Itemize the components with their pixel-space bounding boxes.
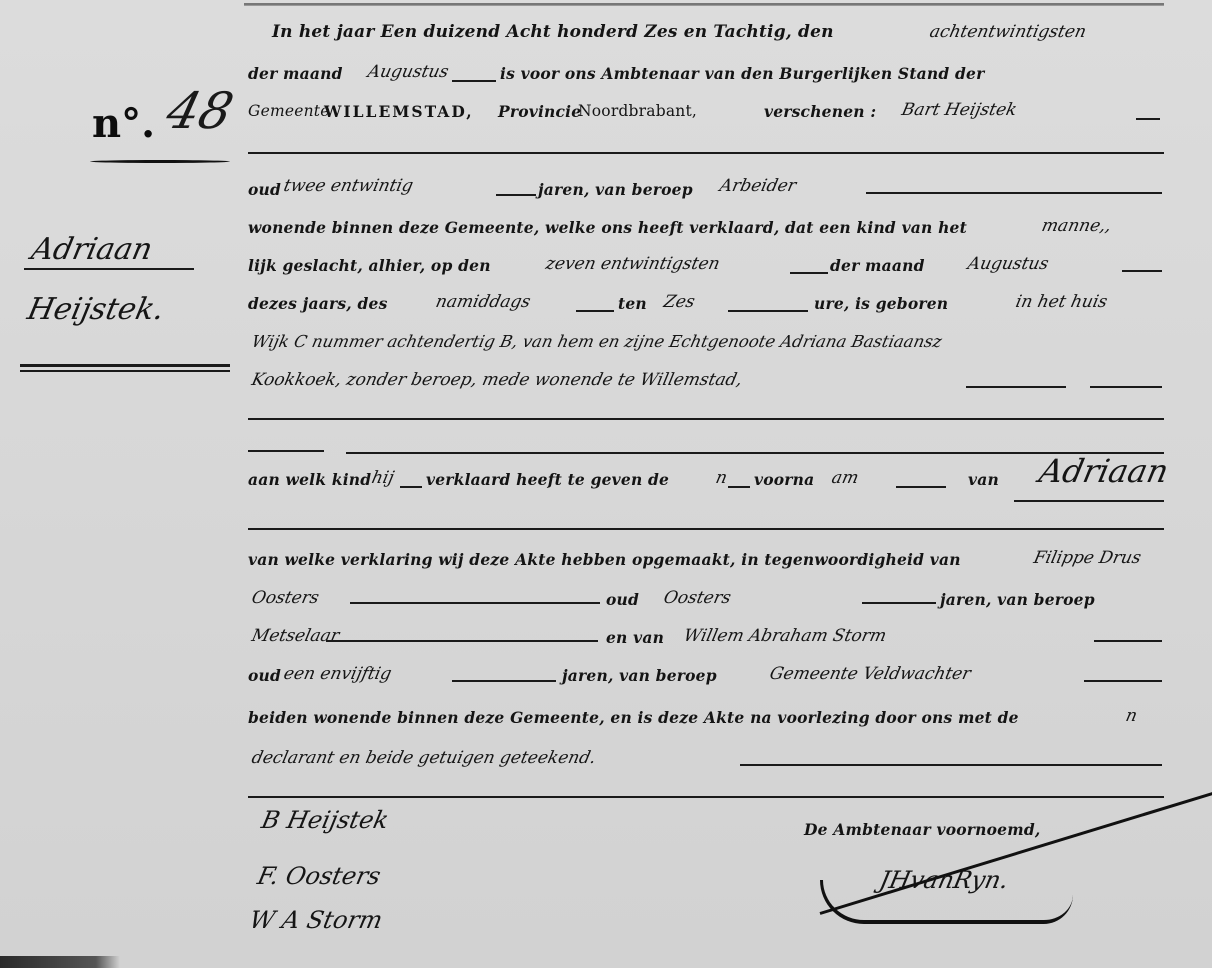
margin-rule [24,268,194,270]
fill-rule [728,486,750,488]
handwritten-witness2-age: een envijftig [282,664,394,684]
blank-rule [248,796,1164,798]
margin-rule [20,370,230,372]
margin-given-name: Adriaan [28,232,155,267]
fill-rule [862,602,936,604]
printed-text: oud [606,590,639,609]
handwritten-witness1-occupation: Metselaar [250,626,341,646]
fill-rule [400,486,422,488]
fill-rule [728,310,808,312]
blank-rule [248,528,1164,530]
fill-rule [740,764,1162,766]
fill-rule [896,486,946,488]
printed-text: In het jaar Een duizend Acht honderd Zes… [272,22,834,42]
printed-text: oud [248,666,281,685]
fill-rule [1084,680,1162,682]
printed-text: der maand [248,64,343,83]
printed-text: en van [606,628,664,647]
handwritten-time-of-day: namiddags [434,292,532,312]
printed-text: Provincie [498,102,581,121]
fill-rule [790,272,828,274]
printed-text: oud [248,180,281,199]
printed-text: van welke verklaring wij deze Akte hebbe… [248,550,961,569]
fill-rule [496,194,536,196]
handwritten-address: Wijk C nummer achtendertig B, van hem en… [250,332,944,351]
fill-rule [452,680,556,682]
printed-text: Gemeente [248,102,330,120]
printed-text: jaren, van beroep [538,180,693,199]
record-number-label: n°. [92,100,155,147]
printed-text: dezes jaars, des [248,294,388,313]
printed-text: is voor ons Ambtenaar van den Burgerlijk… [500,64,985,83]
printed-text: ure, is geboren [814,294,948,313]
handwritten-witness2-occupation: Gemeente Veldwachter [768,664,973,684]
fill-rule [866,192,1162,194]
fill-rule [1094,640,1162,642]
fill-rule [326,640,598,642]
printed-text: verschenen : [764,102,876,121]
handwritten-month: Augustus [366,62,451,82]
printed-city: WILLEMSTAD, [324,102,474,121]
signature-witness2: W A Storm [247,906,385,934]
handwritten-child-name: Adriaan [1036,452,1172,490]
handwritten-witness1-age: Oosters [662,588,733,608]
printed-text: ten [618,294,647,313]
record-number-underline [90,160,230,163]
signature-declarant: B Heijstek [259,806,391,834]
handwritten-sex: manne,, [1040,216,1113,236]
handwritten-declarant: Bart Heijstek [900,100,1019,120]
printed-text: wonende binnen deze Gemeente, welke ons … [248,218,967,237]
printed-text: voorna [754,470,814,489]
printed-text: van [968,470,999,489]
fill-rule [1090,386,1162,388]
blank-rule [248,418,1164,420]
fill-rule [350,602,600,604]
fill-rule [576,310,614,312]
handwritten-day: achtentwintigsten [928,22,1088,42]
handwritten-pronoun: hij [370,468,396,488]
printed-province: Noordbrabant, [578,102,697,120]
handwritten-place: in het huis [1014,292,1109,312]
handwritten-closing: declarant en beide getuigen geteekend. [250,748,598,768]
official-caption: De Ambtenaar voornoemd, [804,820,1040,839]
blank-rule [248,152,1164,154]
handwritten-birth-day: zeven entwintigsten [544,254,722,274]
handwritten-age: twee entwintig [282,176,415,196]
fill-rule [452,80,496,82]
printed-text: aan welk kind [248,470,371,489]
signature-witness1: F. Oosters [255,862,383,890]
printed-text: der maand [830,256,925,275]
handwritten-suffix: am [830,468,861,488]
blank-rule [346,452,1164,454]
handwritten-mother: Kookkoek, zonder beroep, mede wonende te… [250,370,744,390]
printed-text: lijk geslacht, alhier, op den [248,256,491,275]
printed-text: verklaard heeft te geven de [426,470,669,489]
name-underline [1014,500,1164,502]
top-rule [244,3,1164,6]
handwritten-hour: Zes [662,292,697,312]
handwritten-witness1-surname: Oosters [250,588,321,608]
fill-rule [966,386,1066,388]
handwritten-birth-month: Augustus [966,254,1051,274]
margin-rule [20,364,230,367]
handwritten-occupation: Arbeider [718,176,798,196]
printed-text: jaren, van beroep [940,590,1095,609]
fill-rule [1122,270,1162,272]
blank-rule [248,450,324,452]
margin-surname: Heijstek. [24,292,167,327]
scan-edge [0,956,120,968]
handwritten-witness1: Filippe Drus [1032,548,1143,568]
handwritten-witness2: Willem Abraham Storm [682,626,888,646]
fill-rule [1136,118,1160,120]
printed-text: beiden wonende binnen deze Gemeente, en … [248,708,1019,727]
printed-text: jaren, van beroep [562,666,717,685]
